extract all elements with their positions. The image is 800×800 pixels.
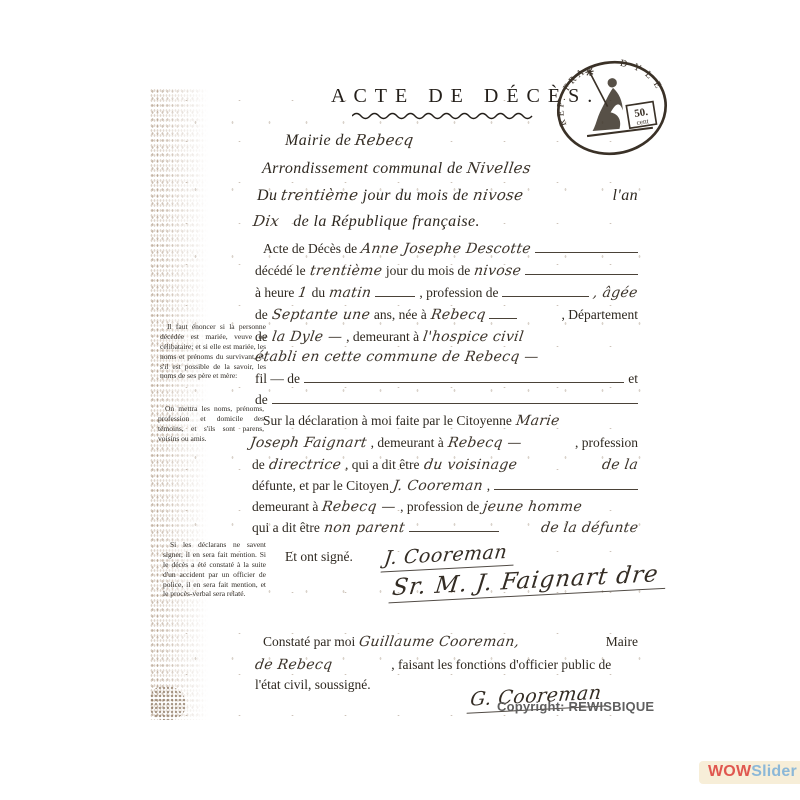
handwritten-text: Rebecq — bbox=[321, 499, 397, 515]
handwritten-text: de Rebecq bbox=[254, 657, 334, 673]
blank-rule bbox=[304, 372, 624, 383]
form-line: dela Dyle —, demeurant àl'hospice civil bbox=[255, 329, 528, 345]
form-line: Joseph Faignart, demeurant àRebecq —, pr… bbox=[250, 435, 642, 451]
handwritten-text: Joseph Faignart bbox=[249, 435, 368, 451]
handwritten-text: Rebecq bbox=[430, 307, 487, 323]
printed-text: , profession bbox=[575, 435, 638, 451]
form-line: deSeptante uneans, née àRebecq, Départem… bbox=[255, 307, 642, 323]
printed-text: , profession de bbox=[400, 499, 479, 515]
printed-text: Mairie de bbox=[285, 132, 351, 150]
form-line: Constaté par moiGuillaume Cooreman,Maire bbox=[263, 634, 642, 650]
form-line: l'état civil, soussigné. bbox=[255, 677, 375, 693]
handwritten-text: trentième bbox=[308, 263, 383, 279]
printed-text: de bbox=[255, 329, 268, 345]
form-line: Sur la déclaration à moi faite par le Ci… bbox=[263, 413, 642, 429]
stamp-arc-right-text: DYLE bbox=[617, 52, 667, 101]
form-line: qui a dit êtrenon parentde la défunte bbox=[252, 520, 642, 536]
printed-text: , demeurant à bbox=[371, 435, 444, 451]
printed-text: , faisant les fonctions d'officier publi… bbox=[391, 657, 611, 673]
margin-note-3: Si les déclarans ne savent signer, il en… bbox=[163, 540, 266, 599]
handwritten-text: jeune homme bbox=[482, 499, 583, 515]
form-line: Mairie deRebecq bbox=[285, 132, 418, 150]
printed-text: l'état civil, soussigné. bbox=[255, 677, 371, 693]
margin-note-2: On mettra les noms, prénoms, profession … bbox=[158, 404, 264, 444]
form-line: Arrondissement communal deNivelles bbox=[262, 160, 535, 178]
handwritten-text: 1 bbox=[297, 285, 308, 301]
blank-rule bbox=[409, 521, 499, 532]
printed-text: , Département bbox=[562, 307, 638, 323]
form-line: fil — deet bbox=[255, 371, 642, 387]
form-line: de bbox=[255, 392, 642, 408]
handwritten-text: Guillaume Cooreman, bbox=[358, 634, 521, 650]
printed-text: jour du mois de bbox=[363, 187, 469, 205]
handwritten-text: de la bbox=[601, 457, 639, 473]
printed-text: défunte, et par le Citoyen bbox=[252, 478, 389, 494]
printed-text: de bbox=[252, 457, 265, 473]
blank-rule bbox=[494, 479, 638, 490]
printed-text: , demeurant à bbox=[346, 329, 419, 345]
handwritten-text: l'hospice civil bbox=[422, 329, 525, 345]
handwritten-text: non parent bbox=[323, 520, 406, 536]
form-line: demeurant àRebecq —, profession dejeune … bbox=[252, 499, 586, 515]
handwritten-text: trentième bbox=[280, 187, 360, 204]
form-line: Dixde la République française. bbox=[253, 213, 484, 231]
printed-text: , bbox=[487, 478, 490, 494]
printed-text: qui a dit être bbox=[252, 520, 320, 536]
svg-text:REP. FRA.: REP. FRA. bbox=[548, 62, 600, 127]
scan-corner-blot bbox=[150, 686, 186, 720]
handwritten-text: établi en cette commune de Rebecq — bbox=[254, 349, 540, 365]
printed-text: Maire bbox=[606, 634, 638, 650]
printed-text: fil — de bbox=[255, 371, 300, 387]
form-line: Acte de Décès deAnne Josephe Descotte bbox=[263, 241, 642, 257]
printed-text: l'an bbox=[613, 187, 638, 205]
handwritten-text: Dix bbox=[252, 213, 281, 230]
handwritten-text: J. Cooreman bbox=[392, 478, 484, 494]
stamp-arc-left-text: REP. FRA. bbox=[548, 62, 600, 127]
printed-text: Et ont signé. bbox=[285, 549, 353, 565]
form-line: à heure1dumatin, profession de, âgée bbox=[255, 285, 642, 301]
margin-note-1: Il faut énoncer si la personne décédée e… bbox=[160, 322, 266, 381]
printed-text: de la République française. bbox=[293, 213, 480, 231]
printed-text: de bbox=[255, 307, 268, 323]
handwritten-text: Rebecq bbox=[354, 132, 415, 149]
printed-text: de bbox=[255, 392, 268, 408]
wowslider-watermark-badge[interactable]: WOWSlider bbox=[699, 761, 800, 784]
stamp-value-box: 50. cent bbox=[626, 102, 656, 129]
form-line: établi en cette commune de Rebecq — bbox=[255, 349, 543, 365]
handwritten-text: Septante une bbox=[271, 307, 371, 323]
printed-text: jour du mois de bbox=[386, 263, 470, 279]
printed-text: demeurant à bbox=[252, 499, 318, 515]
handwritten-text: , âgée bbox=[592, 285, 639, 301]
handwritten-text: du voisinage bbox=[422, 457, 517, 473]
printed-text: , qui a dit être bbox=[345, 457, 420, 473]
printed-text: Arrondissement communal de bbox=[262, 160, 463, 178]
blank-rule bbox=[375, 286, 415, 297]
form-line: Dutrentièmejour du mois denivosel'an bbox=[257, 187, 642, 205]
form-line: défunte, et par le CitoyenJ. Cooreman, bbox=[252, 478, 642, 494]
blank-rule bbox=[489, 308, 517, 319]
printed-text: et bbox=[628, 371, 638, 387]
handwritten-text: matin bbox=[328, 285, 373, 301]
printed-text: à heure bbox=[255, 285, 294, 301]
handwritten-text: de la défunte bbox=[540, 520, 640, 536]
handwritten-text: directrice bbox=[268, 457, 342, 473]
copyright-watermark: Copyright: REWISBIQUE bbox=[497, 699, 654, 714]
handwritten-text: Anne Josephe Descotte bbox=[360, 241, 532, 257]
blank-rule bbox=[535, 242, 638, 253]
printed-text: du bbox=[312, 285, 326, 301]
blank-rule bbox=[272, 393, 638, 404]
form-line: décédé letrentièmejour du mois denivose bbox=[255, 263, 642, 279]
badge-slider-text: Slider bbox=[751, 763, 797, 780]
printed-text: décédé le bbox=[255, 263, 306, 279]
handwritten-text: nivose bbox=[473, 263, 522, 279]
printed-text: Constaté par moi bbox=[263, 634, 355, 650]
squiggle-divider bbox=[352, 111, 537, 121]
form-line: Sr. M. J. Faignart dre bbox=[390, 568, 671, 596]
printed-text: Acte de Décès de bbox=[263, 241, 357, 257]
form-line: dedirectrice, qui a dit êtredu voisinage… bbox=[252, 457, 642, 473]
handwritten-text: Marie bbox=[515, 413, 561, 429]
blank-rule bbox=[525, 264, 638, 275]
handwritten-text: la Dyle — bbox=[271, 329, 344, 345]
printed-text: Du bbox=[257, 187, 277, 205]
form-line: Et ont signé.J. Cooreman bbox=[285, 545, 519, 569]
printed-text: , profession de bbox=[419, 285, 498, 301]
form-line: de Rebecq, faisant les fonctions d'offic… bbox=[255, 657, 615, 673]
revenue-stamp: REP. FRA. DYLE 50. cent bbox=[547, 48, 678, 169]
printed-text: ans, née à bbox=[374, 307, 427, 323]
printed-text: Sur la déclaration à moi faite par le Ci… bbox=[263, 413, 512, 429]
svg-text:DYLE: DYLE bbox=[617, 52, 667, 101]
badge-wow-text: WOW bbox=[708, 763, 751, 780]
handwritten-text: nivose bbox=[471, 187, 524, 204]
handwritten-text: Nivelles bbox=[466, 160, 532, 177]
blank-rule bbox=[502, 286, 589, 297]
slide-image: ACTE DE DÉCÈS. REP. FRA. DYLE 50. cent bbox=[0, 0, 800, 800]
handwritten-text: Rebecq — bbox=[447, 435, 523, 451]
